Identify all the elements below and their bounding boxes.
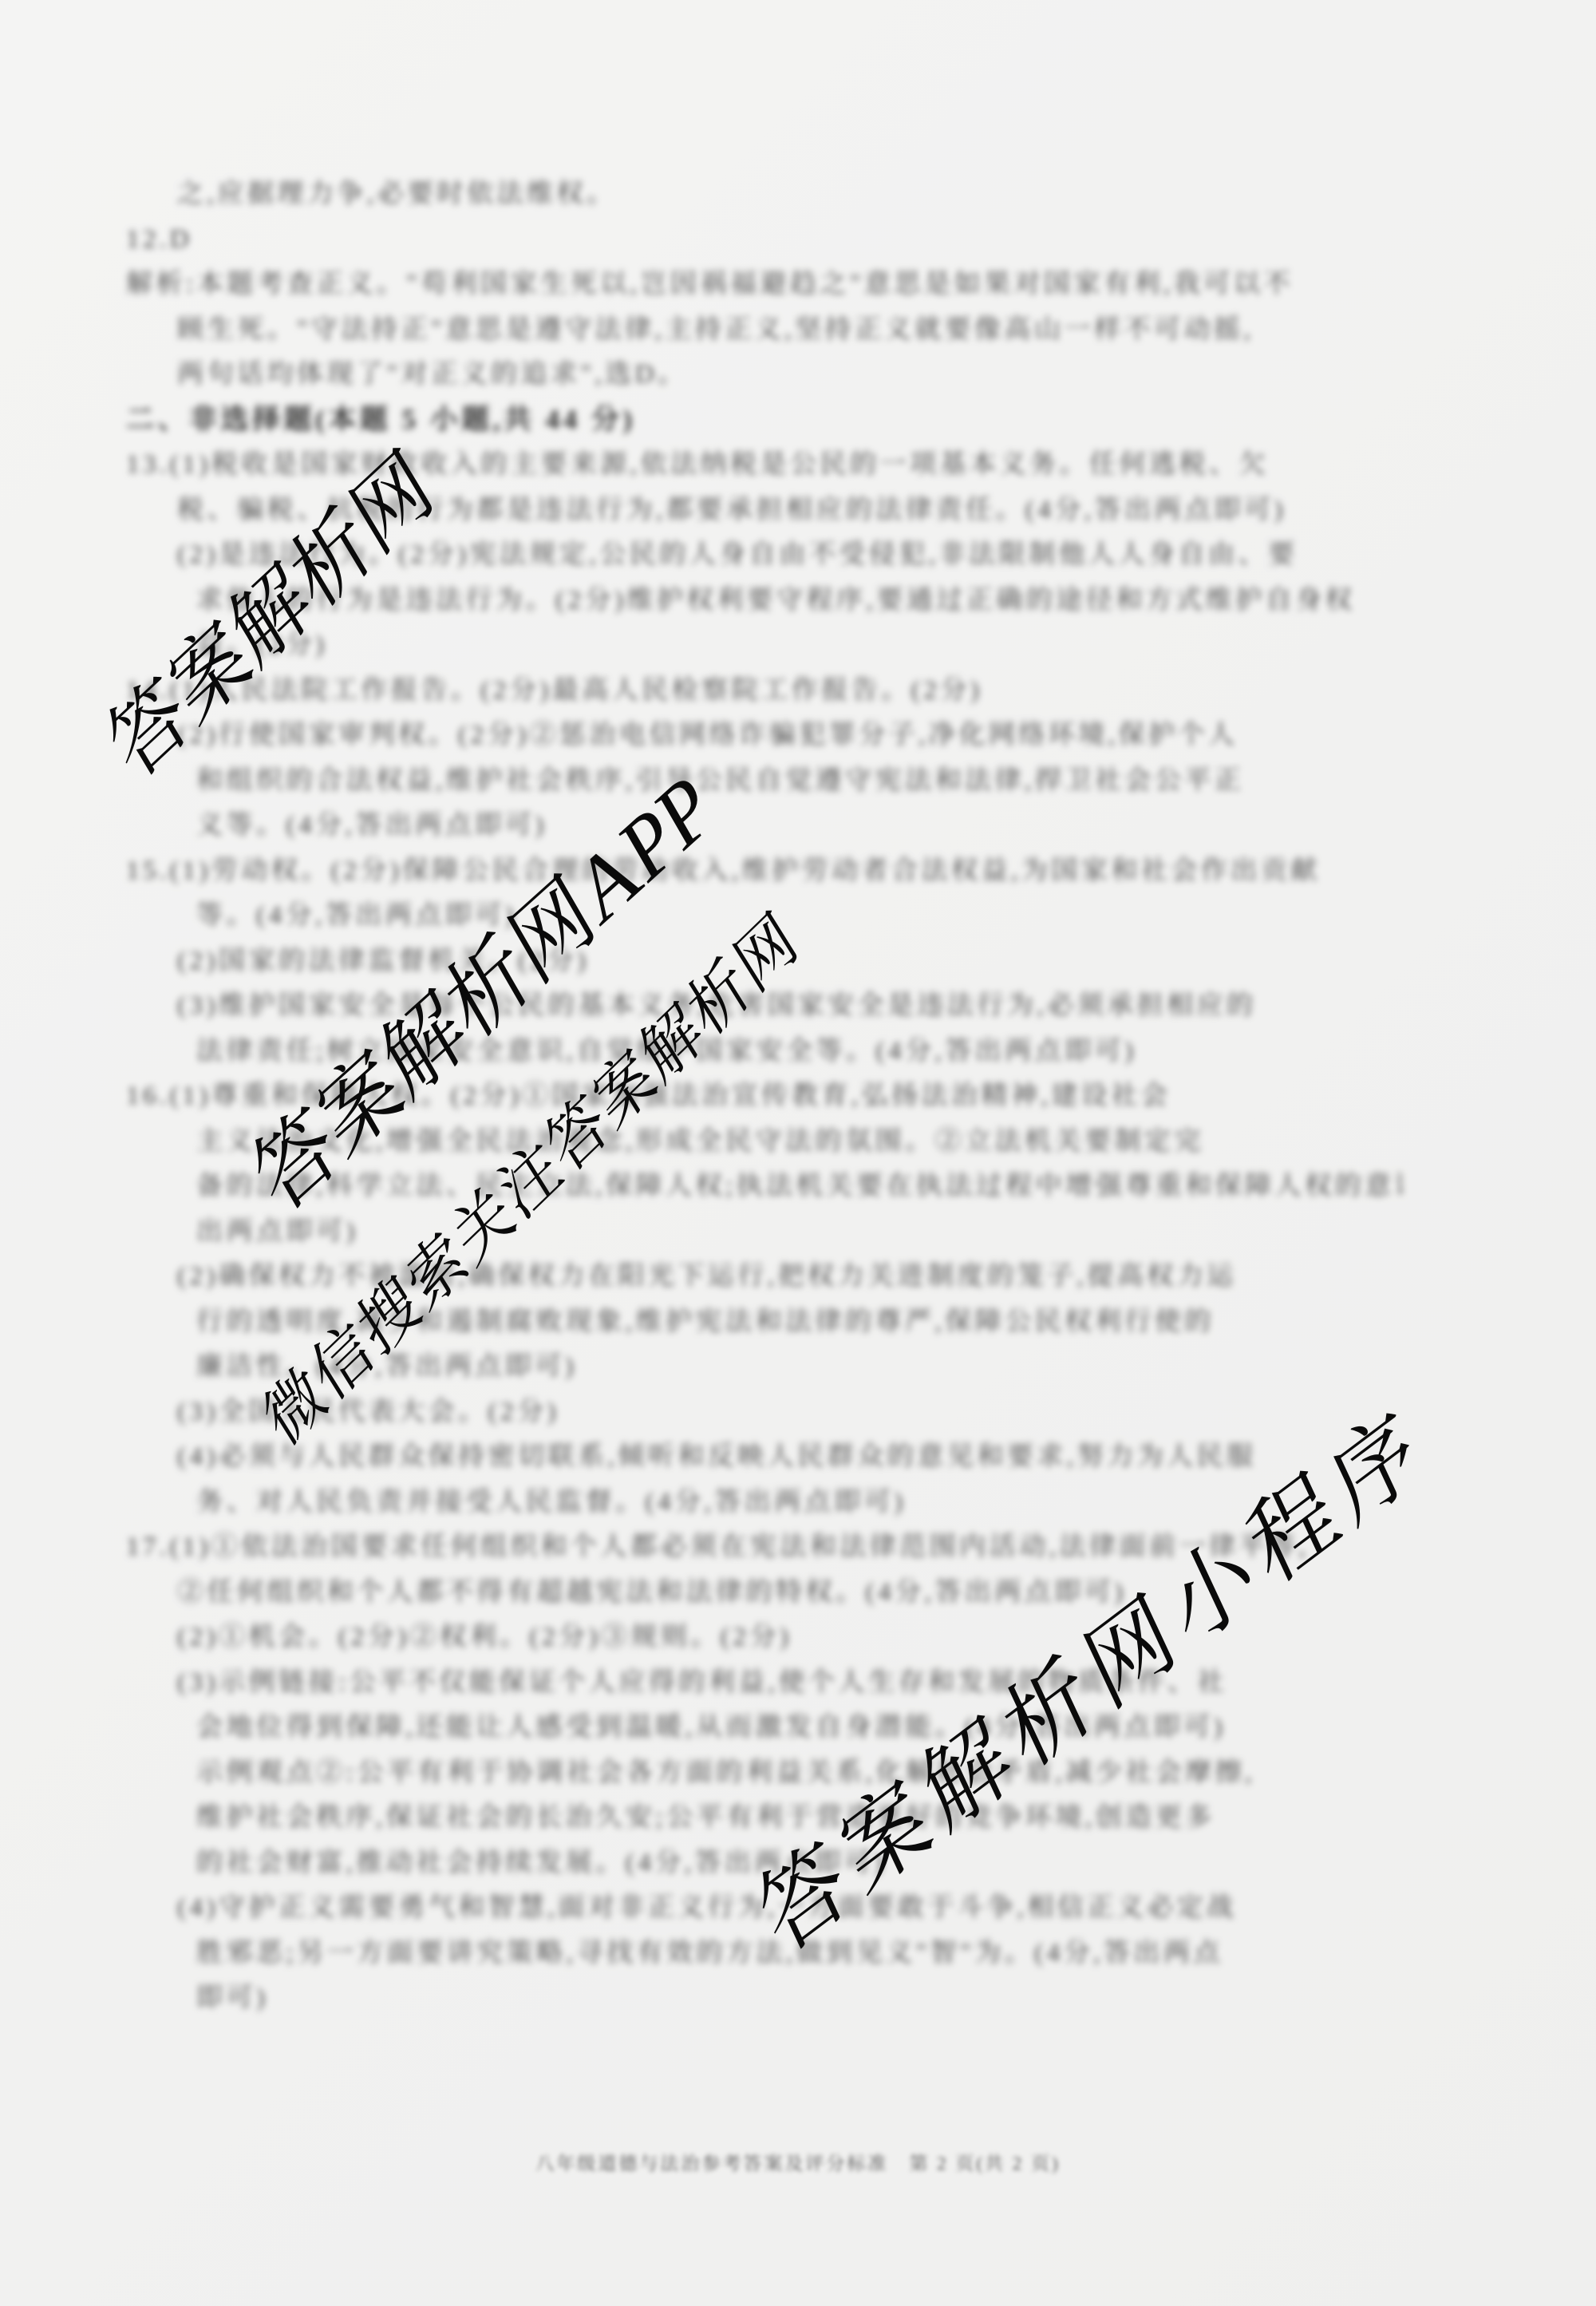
text-line: 出两点即可)	[126, 1209, 1403, 1255]
text-line: 顾生死。"守法持正"意思是遵守法律,主持正义,坚持正义就要像高山一样不可动摇,	[126, 307, 1403, 353]
text-line: 和组织的合法权益,维护社会秩序,引导公民自觉遵守宪法和法律,捍卫社会公平正	[126, 758, 1403, 804]
text-line: 解析:本题考查正义。"苟利国家生死以,岂因祸福避趋之"意思是如果对国家有利,我可…	[126, 262, 1403, 307]
page-footer: 八年级道德与法治参考答案及评分标准 第 2 页(共 2 页)	[0, 2149, 1596, 2175]
text-line: 13.(1)税收是国家财政收入的主要来源,依法纳税是公民的一项基本义务。任何逃税…	[126, 442, 1403, 488]
text-line: 法律责任;树立国家安全意识,自觉维护国家安全等。(4分,答出两点即可)	[126, 1029, 1403, 1074]
text-line: 二、非选择题(本题 5 小题,共 44 分)	[126, 398, 1403, 443]
text-line: 维护社会秩序,保证社会的长治久安;公平有利于营造更好的竞争环境,创造更多	[126, 1795, 1403, 1841]
text-line: 示例观点②:公平有利于协调社会各方面的利益关系,化解社会矛盾,减少社会摩擦,	[126, 1750, 1403, 1796]
text-line: 12.D	[126, 217, 1403, 263]
text-line: 即可)	[126, 1976, 1403, 2021]
text-line: (2)确保权力不被滥用,确保权力在阳光下运行,把权力关进制度的笼子,提高权力运	[126, 1254, 1403, 1299]
text-line: 之,应据理力争,必要时依法维权。	[126, 172, 1403, 217]
text-line: (4)必须与人民群众保持密切联系,倾听和反映人民群众的意见和要求,努力为人民服	[126, 1434, 1403, 1480]
text-line: (2)行使国家审判权。(2分)②惩治电信网络诈骗犯罪分子,净化网络环境,保护个人	[126, 713, 1403, 758]
text-line: 会地位得到保障,还能让人感受到温暖,从而激发自身潜能。(4分,答出两点即可)	[126, 1705, 1403, 1750]
text-line: 15.(1)劳动权。(2分)保障公民合理的劳动收入,维护劳动者合法权益,为国家和…	[126, 848, 1403, 894]
text-line: 14.(1)人民法院工作报告。(2分)最高人民检察院工作报告。(2分)	[126, 668, 1403, 714]
scanned-answer-page: 之,应据理力争,必要时依法维权。12.D解析:本题考查正义。"苟利国家生死以,岂…	[0, 0, 1596, 2306]
text-line: 务、对人民负责并接受人民监督。(4分,答出两点即可)	[126, 1480, 1403, 1525]
text-line: 义等。(4分,答出两点即可)	[126, 803, 1403, 848]
text-line: 胜邪恶;另一方面要讲究策略,寻找有效的方法,做到见义"智"为。(4分,答出两点	[126, 1931, 1403, 1976]
text-line: 两句话均体现了"对正义的追求",选D。	[126, 352, 1403, 398]
text-line: (3)示例链接:公平不仅能保证个人应得的利益,使个人生存和发展的物质条件、社	[126, 1660, 1403, 1706]
